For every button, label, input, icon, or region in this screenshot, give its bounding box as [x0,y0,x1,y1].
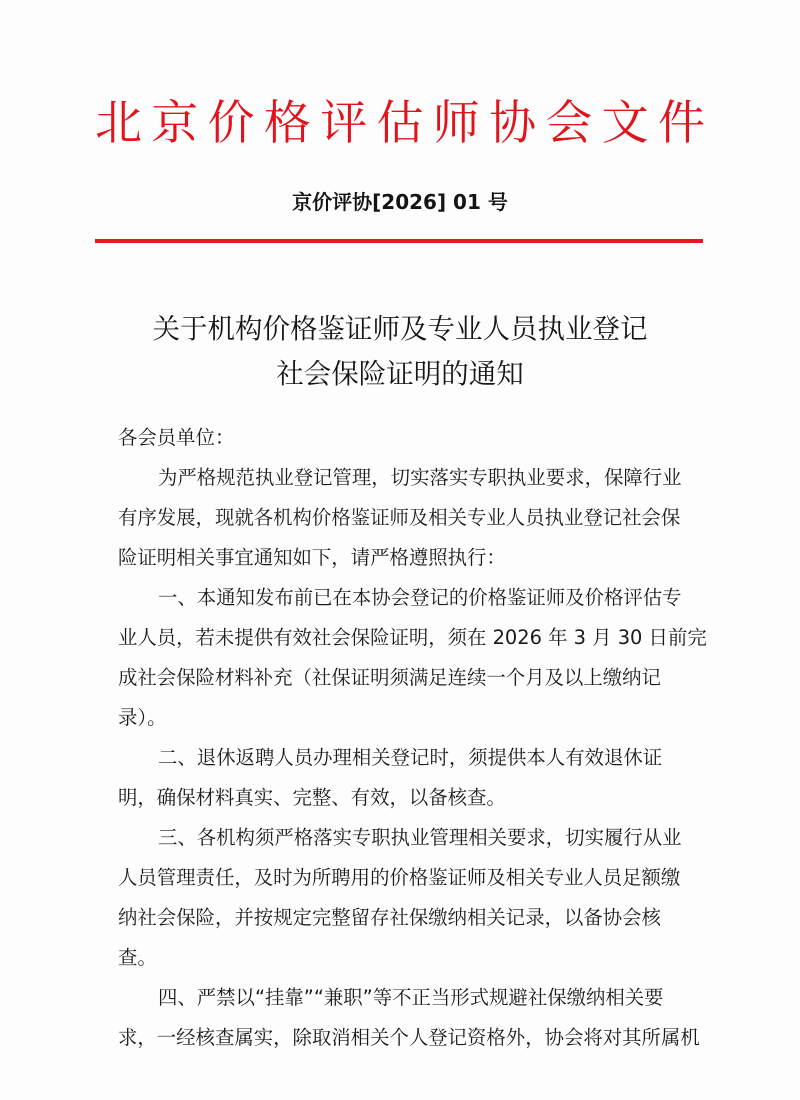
masthead-char: 格 [264,92,311,156]
red-divider-rule [95,239,703,243]
masthead-char: 文 [602,92,649,156]
notice-body: 各会员单位： 为严格规范执业登记管理，切实落实专职执业要求，保障行业 有序发展，… [118,418,686,1058]
notice-title-line-1: 关于机构价格鉴证师及专业人员执业登记 [0,307,800,352]
paragraph-line: 四、严禁以“挂靠”“兼职”等不正当形式规避社保缴纳相关要 [118,978,686,1018]
masthead-char: 北 [95,92,142,156]
paragraph-line: 录）。 [118,698,686,738]
paragraph-line: 纳社会保险，并按规定完整留存社保缴纳相关记录，以备协会核 [118,898,686,938]
masthead-title: 北 京 价 格 评 估 师 协 会 文 件 [95,92,705,156]
masthead-char: 协 [489,92,536,156]
masthead-char: 会 [545,92,592,156]
document-number: 京价评协[2026] 01 号 [0,186,800,218]
paragraph-line: 明，确保材料真实、完整、有效，以备核查。 [118,778,686,818]
paragraph-line: 成社会保险材料补充（社保证明须满足连续一个月及以上缴纳记 [118,658,686,698]
paragraph-item-3: 三、各机构须严格落实专职执业管理相关要求，切实履行从业 人员管理责任，及时为所聘… [118,818,686,978]
notice-title: 关于机构价格鉴证师及专业人员执业登记 社会保险证明的通知 [0,307,800,397]
paragraph-line: 三、各机构须严格落实专职执业管理相关要求，切实履行从业 [118,818,686,858]
paragraph-line: 求，一经核查属实，除取消相关个人登记资格外，协会将对其所属机 [118,1018,686,1058]
notice-title-line-2: 社会保险证明的通知 [0,352,800,397]
paragraph-line: 有序发展，现就各机构价格鉴证师及相关专业人员执业登记社会保 [118,498,686,538]
paragraph-line: 查。 [118,938,686,978]
paragraph-line: 业人员，若未提供有效社会保险证明，须在 2026 年 3 月 30 日前完 [118,618,686,658]
document-page: 北 京 价 格 评 估 师 协 会 文 件 京价评协[2026] 01 号 关于… [0,0,800,1100]
paragraph-line: 为严格规范执业登记管理，切实落实专职执业要求，保障行业 [118,458,686,498]
masthead-char: 件 [658,92,705,156]
paragraph-line: 一、本通知发布前已在本协会登记的价格鉴证师及价格评估专 [118,578,686,618]
paragraph-line: 险证明相关事宜通知如下，请严格遵照执行： [118,538,686,578]
masthead-char: 估 [376,92,423,156]
paragraph-line: 二、退休返聘人员办理相关登记时，须提供本人有效退休证 [118,738,686,778]
paragraph-item-1: 一、本通知发布前已在本协会登记的价格鉴证师及价格评估专 业人员，若未提供有效社会… [118,578,686,738]
paragraph-item-2: 二、退休返聘人员办理相关登记时，须提供本人有效退休证 明，确保材料真实、完整、有… [118,738,686,818]
paragraph-intro: 为严格规范执业登记管理，切实落实专职执业要求，保障行业 有序发展，现就各机构价格… [118,458,686,578]
masthead-char: 京 [151,92,198,156]
masthead-char: 评 [320,92,367,156]
masthead-char: 价 [208,92,255,156]
salutation: 各会员单位： [118,418,686,458]
masthead-char: 师 [433,92,480,156]
paragraph-line: 人员管理责任，及时为所聘用的价格鉴证师及相关专业人员足额缴 [118,858,686,898]
paragraph-item-4: 四、严禁以“挂靠”“兼职”等不正当形式规避社保缴纳相关要 求，一经核查属实，除取… [118,978,686,1058]
